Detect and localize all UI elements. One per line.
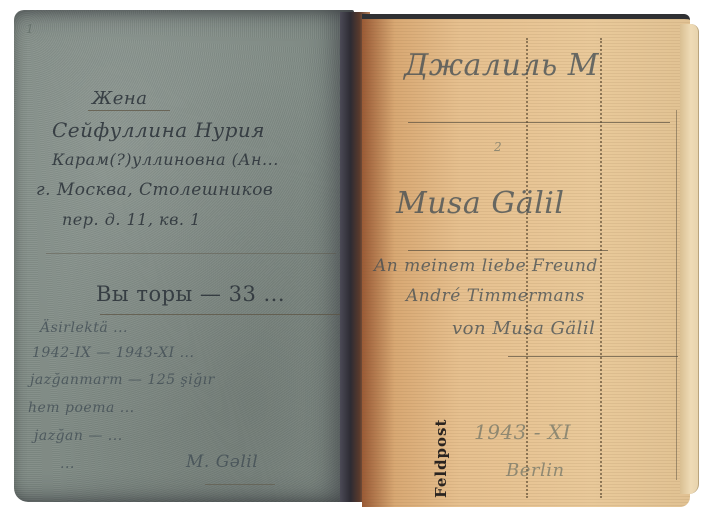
left-heading: Жена [92,88,147,109]
section-line: Äsirlektä ... [40,320,128,336]
dedication-line: An meinem liebe Freund [374,256,598,276]
section-line: 1942-IX — 1943-XI ... [32,345,194,361]
signature-underline [205,484,275,485]
heading-underline [88,110,170,111]
right-rule [408,122,670,123]
section-underline [100,314,340,315]
left-line: пер. д. 11, кв. 1 [62,210,201,229]
section-line: jazğanmarm — 125 şiğır [30,372,215,388]
right-margin-line [676,110,677,480]
right-top-line: Джалиль М [404,48,599,83]
page-number: 1 [26,22,34,36]
place-line: Berlin [506,460,565,481]
divider-line [46,253,336,254]
section-line: ... [60,456,75,472]
section-line: jazğan — ... [34,428,123,444]
notebook-photo: 1 Жена Сейфуллина Нурия Карам(?)уллиновн… [0,0,716,513]
right-number: 2 [494,140,502,154]
page-edges [680,24,699,494]
section-heading: Вы торы — 33 ... [96,282,285,306]
dedication-line: von Musa Gälil [452,318,595,339]
feldpost-stamp: Feldpost [432,419,450,498]
left-signature: M. Gəlil [186,452,258,472]
right-name-line: Musa Gälil [396,186,565,221]
left-line: Сейфуллина Нурия [52,118,265,142]
right-rule [508,356,678,357]
left-line: г. Москва, Столешников [36,180,273,200]
right-rule [408,250,608,251]
section-line: hem poema ... [28,400,135,416]
dedication-line: André Timmermans [406,286,585,306]
left-line: Карам(?)уллиновна (Ан... [52,150,279,169]
dotted-column-line [600,38,602,498]
date-line: 1943 - XI [474,420,571,444]
